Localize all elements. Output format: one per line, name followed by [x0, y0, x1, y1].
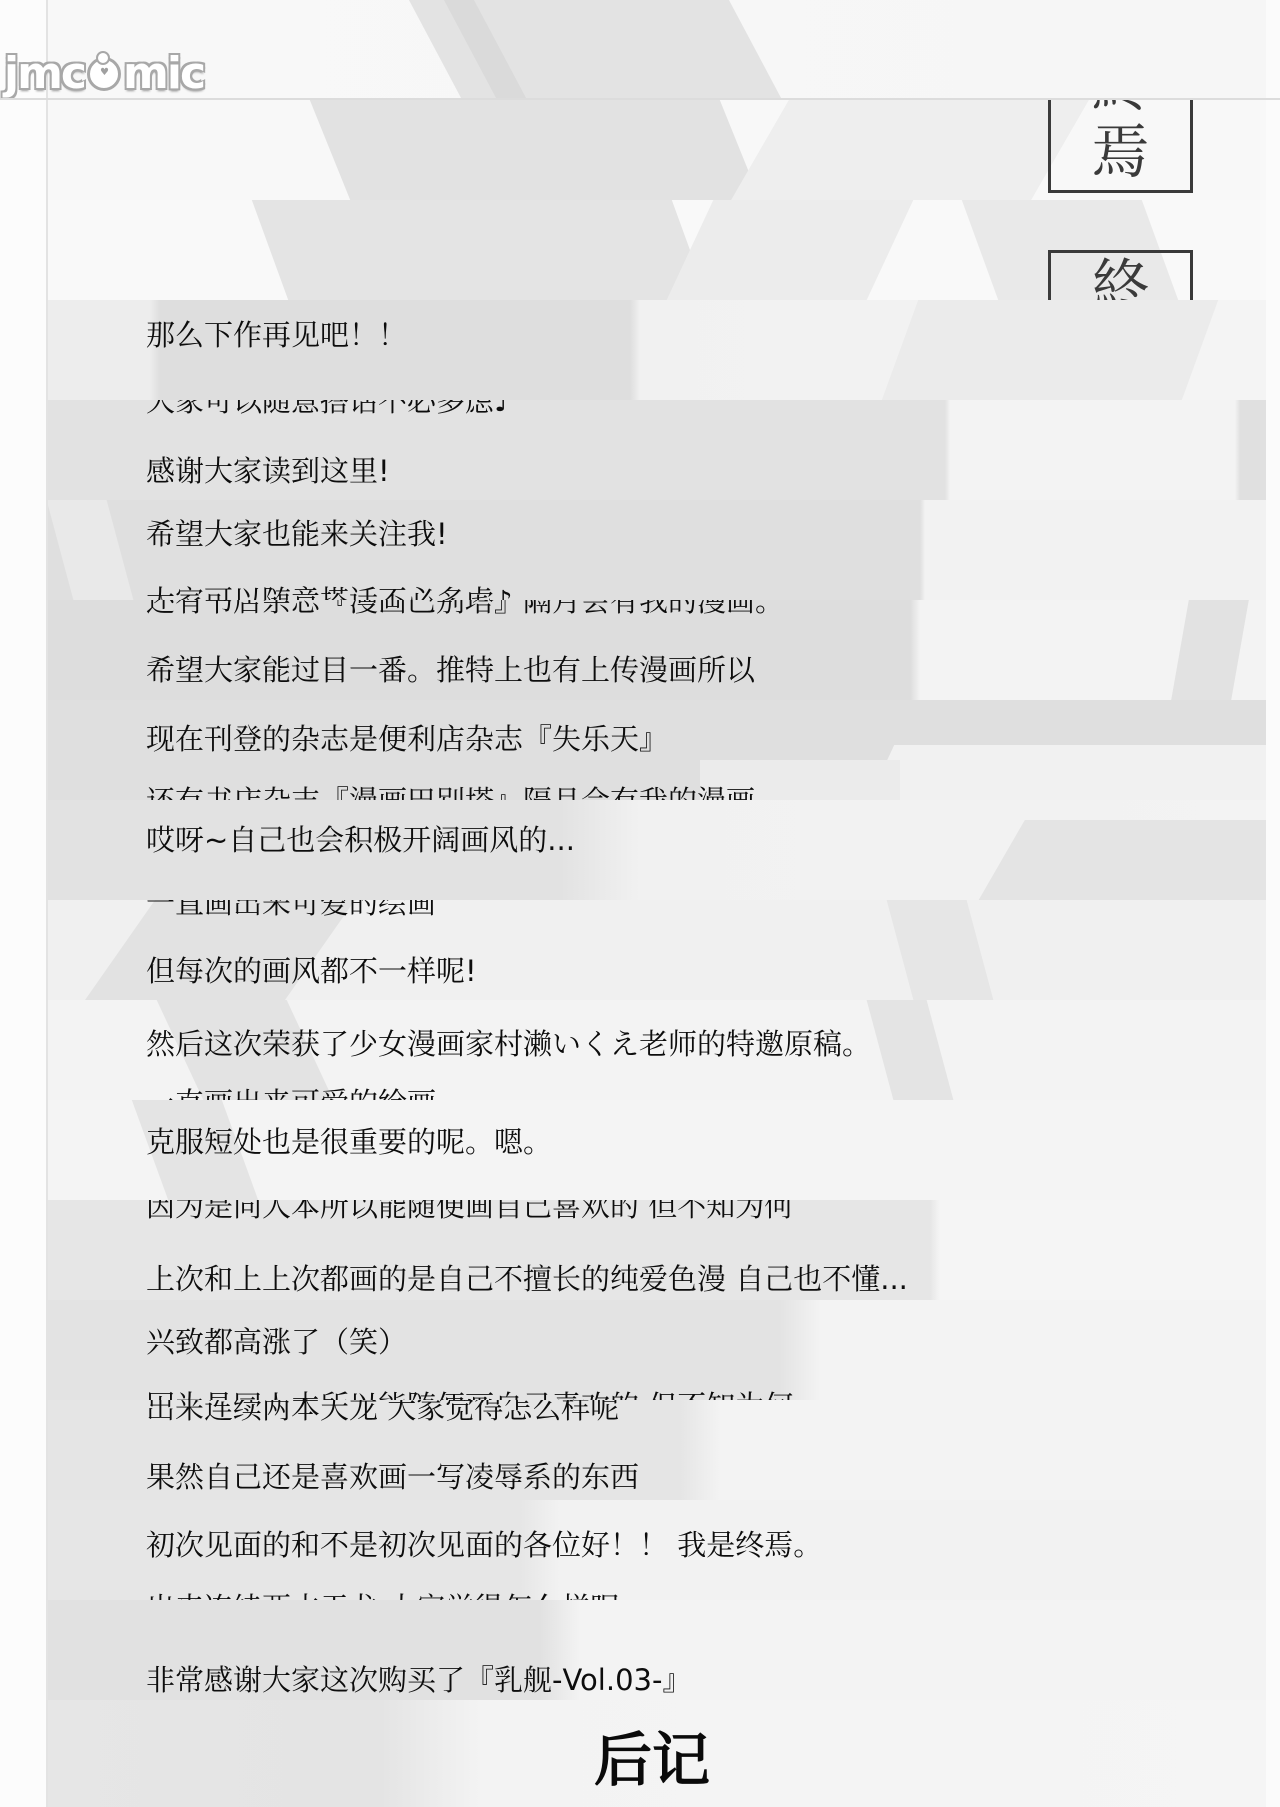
page-strip: 兴致都高涨了（笑） 因为是同人本所以能随便画自己喜欢的 但不知为何	[0, 1300, 1280, 1400]
afterword-line: 上次和上上次都画的是自己不擅长的纯爱色漫 自己也不懂...	[146, 1263, 908, 1295]
illustration-shade	[307, 100, 762, 200]
stamp-char-bottom: 焉	[1051, 120, 1190, 184]
heart-icon: ♥	[100, 68, 109, 78]
afterword-line-partial: 大家可以随意搭话不必多虑♪	[146, 400, 513, 417]
page-strip: jmc♥mic	[0, 0, 1280, 100]
page-strip: 克服短处也是很重要的呢。嗯。	[0, 1100, 1280, 1200]
afterword-line: 果然自己还是喜欢画一写凌辱系的东西	[146, 1461, 639, 1493]
afterword-line-partial: 一直画出来可爱的绘画	[146, 1087, 436, 1100]
page-strip: 哎呀~自己也会积极开阔画风的...	[0, 800, 1280, 900]
illustration-shade	[1170, 600, 1250, 700]
page-strip: 现在刊登的杂志是便利店杂志『失乐天』 还有书店杂志『漫画巴别塔』隔月会有我的漫画…	[0, 700, 1280, 800]
jmcomic-watermark: jmc♥mic	[4, 48, 204, 98]
afterword-line: 兴致都高涨了（笑）	[146, 1326, 407, 1358]
page-strip: 后记	[0, 1700, 1280, 1807]
page-strip: 出来连续两本天龙 大家觉得怎么样呢 果然自己还是喜欢画一写凌辱系的东西	[0, 1400, 1280, 1500]
illustration-shade	[975, 820, 1280, 900]
page-strip: 非常感谢大家这次购买了『乳舰-Vol.03-』	[0, 1600, 1280, 1700]
afterword-line-partial: 因为是同人本所以能随便画自己喜欢的 但不知为何	[146, 1390, 793, 1400]
afterword-line: 那么下作再见吧！！	[146, 319, 407, 351]
page-strip: 大家可以随意搭话不必多虑♪ 感谢大家读到这里!	[0, 400, 1280, 500]
page-strip: 然后这次荣获了少女漫画家村濑いくえ老师的特邀原稿。 一直画出来可爱的绘画	[0, 1000, 1280, 1100]
illustration-shade	[728, 100, 1093, 200]
mascot-face-icon: ♥	[87, 57, 121, 91]
afterword-line: 现在刊登的杂志是便利店杂志『失乐天』	[146, 723, 668, 755]
afterword-line: 哎呀~自己也会积极开阔画风的...	[146, 824, 575, 856]
illustration-shade	[880, 300, 1221, 400]
manga-afterword-page: jmc♥mic 終 焉 終 焉 那么下作再见吧！！ 大家可以随意搭话不必多虑♪ …	[0, 0, 1280, 1807]
signature-stamp: 終 焉	[1048, 100, 1193, 193]
stamp-char-top: 終	[1051, 100, 1190, 118]
illustration-shade	[664, 200, 916, 300]
afterword-line-partial: 还有书店杂志『漫画巴别塔』隔月会有我的漫画。	[146, 785, 784, 800]
page-strip: 終 焉	[0, 100, 1280, 200]
afterword-line-partial: 大家可以随意搭话不必多虑♪	[146, 585, 513, 600]
afterword-line: 初次见面的和不是初次见面的各位好！！ 我是终焉。	[146, 1529, 822, 1561]
watermark-suffix: mic	[123, 50, 204, 98]
page-strip: 終 焉	[0, 200, 1280, 300]
afterword-line: 然后这次荣获了少女漫画家村濑いくえ老师的特邀原稿。	[146, 1028, 871, 1060]
page-strip: 那么下作再见吧！！	[0, 300, 1280, 400]
page-strip: 希望大家也能来关注我! 大家可以随意搭话不必多虑♪	[0, 500, 1280, 600]
afterword-line: 感谢大家读到这里!	[146, 455, 390, 487]
illustration-shade	[866, 745, 1280, 800]
afterword-heading: 后记	[594, 1728, 710, 1792]
page-strip: 一直画出来可爱的绘画 但每次的画风都不一样呢!	[0, 900, 1280, 1000]
afterword-line: 希望大家能过目一番。推特上也有上传漫画所以	[146, 654, 755, 686]
afterword-line-partial: 因为是同人本所以能随便画自己喜欢的 但不知为何	[146, 1200, 793, 1222]
afterword-line: 希望大家也能来关注我!	[146, 518, 448, 550]
signature-stamp: 終 焉	[1048, 250, 1193, 300]
afterword-line: 克服短处也是很重要的呢。嗯。	[146, 1126, 552, 1158]
illustration-shade	[250, 200, 711, 300]
afterword-line-partial: 还有书店杂志『漫画巴别塔』隔月会有我的漫画。	[146, 600, 784, 617]
illustration-shade	[865, 1000, 955, 1100]
stamp-char-top: 終	[1051, 254, 1190, 300]
illustration-shade	[885, 900, 995, 1000]
watermark-prefix: jmc	[4, 50, 85, 98]
page-strip: 因为是同人本所以能随便画自己喜欢的 但不知为何 上次和上上次都画的是自己不擅长的…	[0, 1200, 1280, 1300]
afterword-line: 但每次的画风都不一样呢!	[146, 955, 477, 987]
afterword-line-partial: 出来连续两本天龙 大家觉得怎么样呢	[146, 1592, 619, 1600]
afterword-line-partial: 出来连续两本天龙 大家觉得怎么样呢	[146, 1400, 619, 1424]
page-strip: 还有书店杂志『漫画巴别塔』隔月会有我的漫画。 希望大家能过目一番。推特上也有上传…	[0, 600, 1280, 700]
afterword-line: 非常感谢大家这次购买了『乳舰-Vol.03-』	[146, 1664, 691, 1696]
page-strip: 初次见面的和不是初次见面的各位好！！ 我是终焉。 出来连续两本天龙 大家觉得怎么…	[0, 1500, 1280, 1600]
illustration-shade	[45, 500, 135, 600]
afterword-line-partial: 一直画出来可爱的绘画	[146, 900, 436, 919]
